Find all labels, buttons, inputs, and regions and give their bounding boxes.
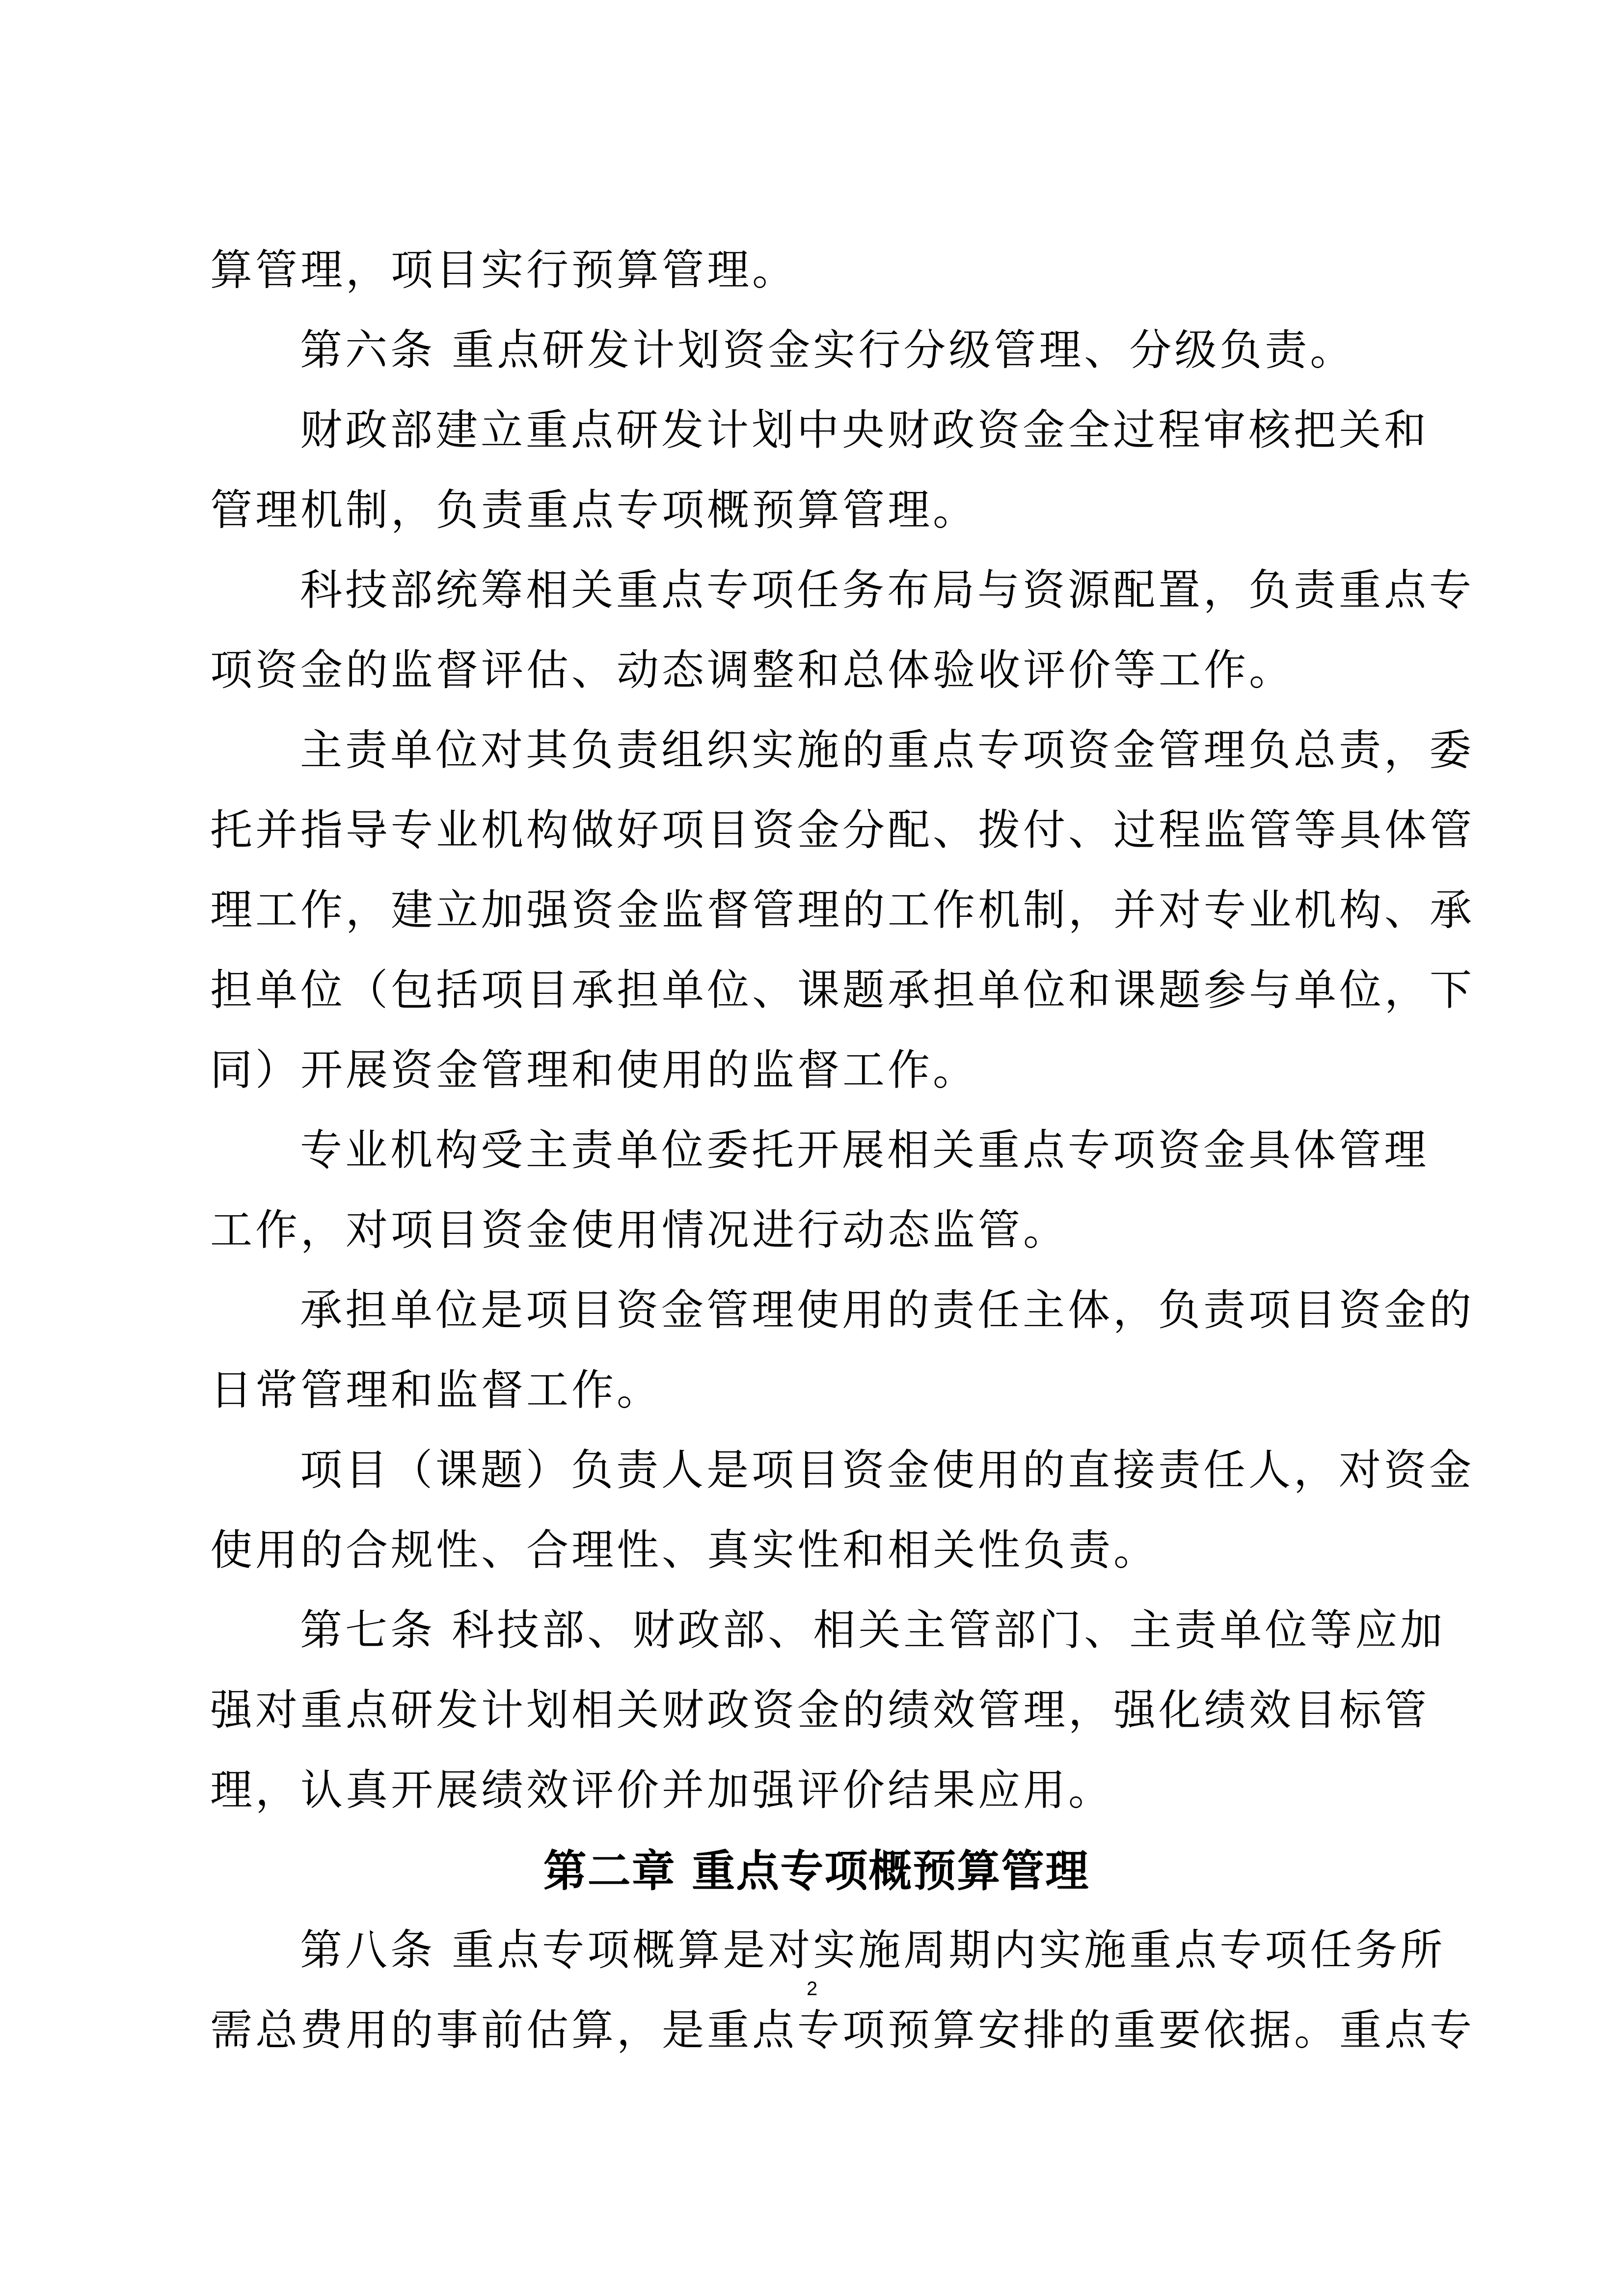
text-line: 担单位（包括项目承担单位、课题承担单位和课题参与单位，下 bbox=[210, 951, 1423, 1031]
text-line: 专业机构受主责单位委托开展相关重点专项资金具体管理 bbox=[210, 1111, 1423, 1191]
document-page-body: 算管理，项目实行预算管理。 第六条 重点研发计划资金实行分级管理、分级负责。 财… bbox=[210, 231, 1423, 2071]
text-line: 强对重点研发计划相关财政资金的绩效管理，强化绩效目标管 bbox=[210, 1671, 1423, 1751]
text-line: 主责单位对其负责组织实施的重点专项资金管理负总责，委 bbox=[210, 711, 1423, 791]
text-line: 需总费用的事前估算，是重点专项预算安排的重要依据。重点专 bbox=[210, 1991, 1423, 2071]
text-line: 财政部建立重点研发计划中央财政资金全过程审核把关和 bbox=[210, 391, 1423, 471]
chapter-heading: 第二章 重点专项概预算管理 bbox=[210, 1831, 1423, 1911]
text-line: 科技部统筹相关重点专项任务布局与资源配置，负责重点专 bbox=[210, 551, 1423, 631]
text-line: 项资金的监督评估、动态调整和总体验收评价等工作。 bbox=[210, 631, 1423, 711]
text-line: 理，认真开展绩效评价并加强评价结果应用。 bbox=[210, 1751, 1423, 1831]
text-line: 管理机制，负责重点专项概预算管理。 bbox=[210, 471, 1423, 551]
text-line: 工作，对项目资金使用情况进行动态监管。 bbox=[210, 1191, 1423, 1271]
text-line: 日常管理和监督工作。 bbox=[210, 1351, 1423, 1431]
article-6-heading: 第六条 重点研发计划资金实行分级管理、分级负责。 bbox=[210, 311, 1423, 391]
text-line: 项目（课题）负责人是项目资金使用的直接责任人，对资金 bbox=[210, 1431, 1423, 1511]
article-7-heading: 第七条 科技部、财政部、相关主管部门、主责单位等应加 bbox=[210, 1591, 1423, 1671]
text-line: 算管理，项目实行预算管理。 bbox=[210, 231, 1423, 311]
text-line: 同）开展资金管理和使用的监督工作。 bbox=[210, 1031, 1423, 1111]
text-line: 使用的合规性、合理性、真实性和相关性负责。 bbox=[210, 1511, 1423, 1591]
text-line: 托并指导专业机构做好项目资金分配、拨付、过程监管等具体管 bbox=[210, 791, 1423, 871]
text-line: 理工作，建立加强资金监督管理的工作机制，并对专业机构、承 bbox=[210, 871, 1423, 951]
page-number: 2 bbox=[0, 1978, 1624, 2000]
text-line: 承担单位是项目资金管理使用的责任主体，负责项目资金的 bbox=[210, 1271, 1423, 1351]
